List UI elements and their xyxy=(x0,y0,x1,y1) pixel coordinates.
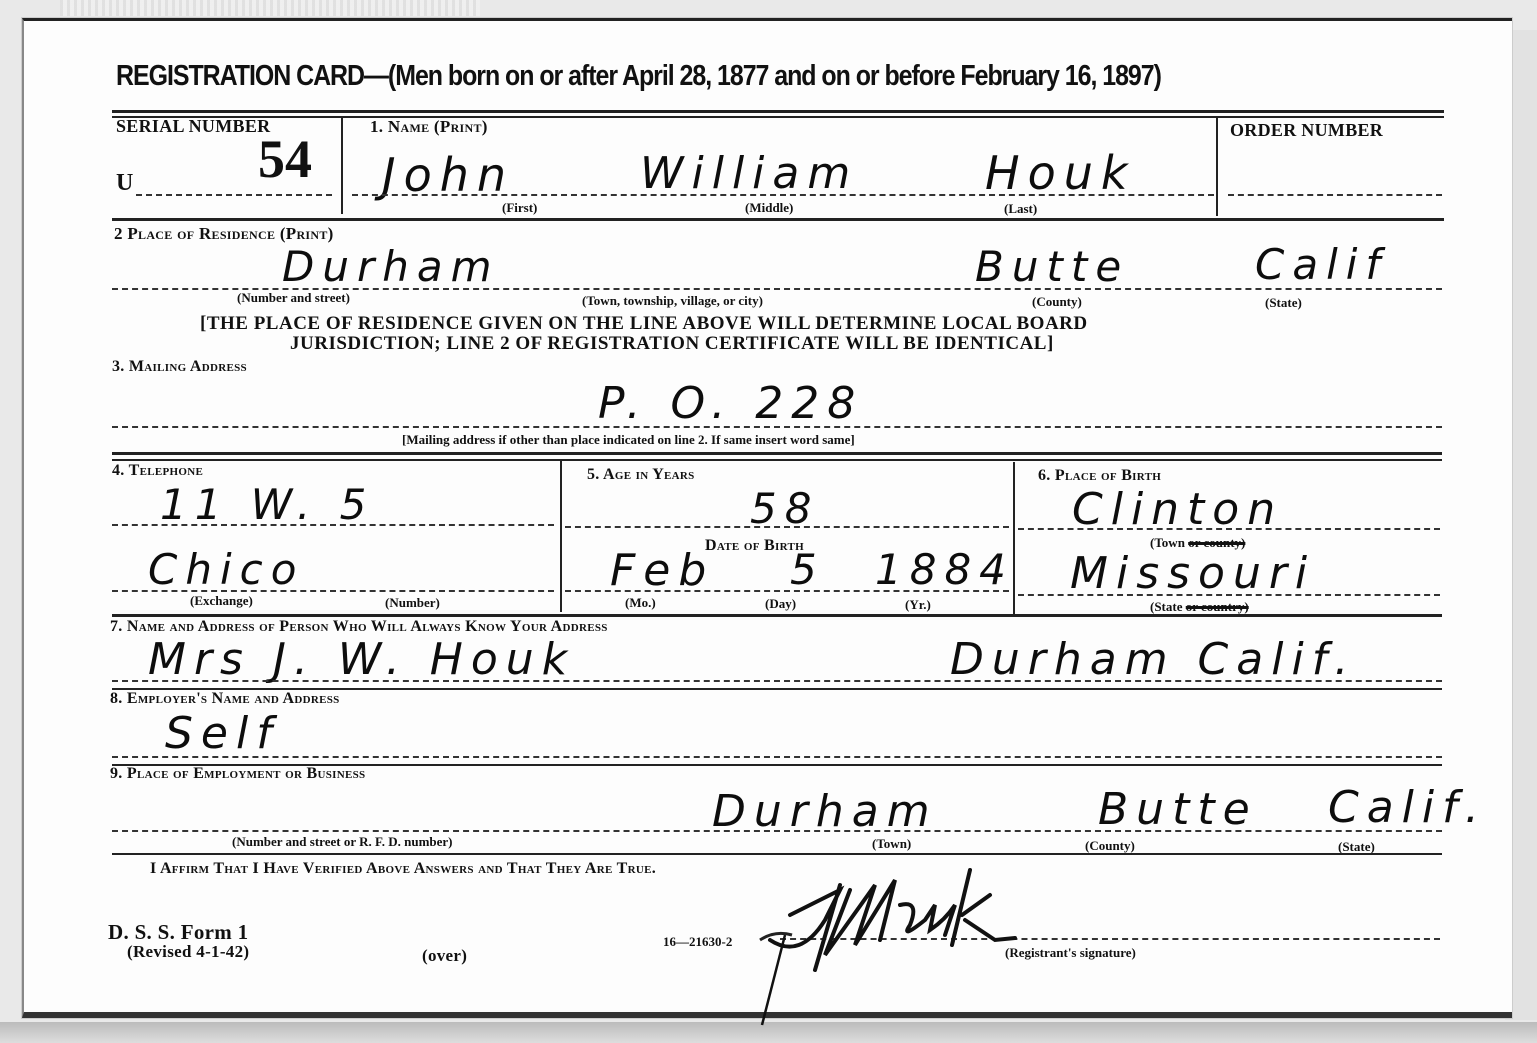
caption-employment-street: (Number and street or R. F. D. number) xyxy=(232,834,453,850)
order-number-line xyxy=(1228,194,1442,196)
print-code: 16—21630-2 xyxy=(663,934,732,950)
name-label: 1. Name (Print) xyxy=(370,117,488,137)
row3-bottom-rule-2 xyxy=(112,459,1442,461)
card-title: REGISTRATION CARD—(Men born on or after … xyxy=(116,60,1161,93)
telephone-exchange: Chico xyxy=(148,545,304,594)
over-note: (over) xyxy=(422,946,467,966)
birthplace-label: 6. Place of Birth xyxy=(1038,467,1161,485)
telephone-label: 4. Telephone xyxy=(112,462,203,480)
employer-line xyxy=(112,756,1442,758)
caption-employment-town: (Town) xyxy=(872,836,911,852)
affirmation-text: I Affirm That I Have Verified Above Answ… xyxy=(150,860,656,878)
row6-bottom-rule xyxy=(112,614,1442,617)
mailing-address: P. O. 228 xyxy=(598,378,863,429)
residence-county: Butte xyxy=(975,242,1129,291)
scan-edge-bottom xyxy=(0,1022,1537,1043)
caption-state: (State) xyxy=(1265,295,1302,311)
name-line xyxy=(352,194,1214,196)
birthplace-state: Missouri xyxy=(1070,548,1315,599)
telephone-exchange-line xyxy=(112,590,554,592)
caption-number: (Number) xyxy=(385,595,440,611)
residence-notice-line1: [THE PLACE OF RESIDENCE GIVEN ON THE LIN… xyxy=(200,313,1088,335)
residence-label: 2 Place of Residence (Print) xyxy=(114,224,334,244)
telephone-divider xyxy=(560,460,562,612)
row3-bottom-rule xyxy=(112,452,1442,455)
residence-state: Calif xyxy=(1255,240,1388,289)
caption-last: (Last) xyxy=(1004,201,1037,217)
row1-bottom-rule xyxy=(112,218,1444,221)
caption-year: (Yr.) xyxy=(905,597,931,613)
form-revised: (Revised 4-1-42) xyxy=(127,942,249,962)
serial-number-label: SERIAL NUMBER xyxy=(116,116,270,137)
order-number-label: ORDER NUMBER xyxy=(1230,120,1383,141)
caption-birth-state: (State or country) xyxy=(1150,599,1249,615)
title-rule xyxy=(112,110,1444,113)
name-middle: William xyxy=(640,148,858,199)
employer-label: 8. Employer's Name and Address xyxy=(110,690,340,708)
signature-caption: (Registrant's signature) xyxy=(1005,945,1136,961)
dob-month: Feb xyxy=(610,545,714,596)
caption-month: (Mo.) xyxy=(625,595,656,611)
caption-exchange: (Exchange) xyxy=(190,593,253,609)
employment-place-label: 9. Place of Employment or Business xyxy=(110,765,365,783)
caption-county: (County) xyxy=(1032,294,1082,310)
dob-year: 1884 xyxy=(875,545,1014,594)
residence-notice-line2: JURISDICTION; LINE 2 OF REGISTRATION CER… xyxy=(290,333,1054,355)
age-label: 5. Age in Years xyxy=(587,466,695,484)
row9-bottom-rule xyxy=(112,853,1442,855)
employment-line xyxy=(112,830,1442,832)
residence-town: Durham xyxy=(282,242,500,291)
telephone-number: 11 W. 5 xyxy=(160,480,374,529)
serial-line xyxy=(136,194,332,196)
scan-smudge-top xyxy=(60,0,480,16)
title-rule-2 xyxy=(112,116,1444,118)
caption-employment-county: (County) xyxy=(1085,838,1135,854)
employment-state: Calif. xyxy=(1328,782,1487,833)
dob-day: 5 xyxy=(790,545,825,594)
age-line xyxy=(565,526,1009,528)
employment-county: Butte xyxy=(1098,784,1258,835)
contact-line xyxy=(112,680,1442,682)
employer-value: Self xyxy=(165,708,280,759)
serial-number-value: 54 xyxy=(258,128,312,190)
mailing-caption: [Mailing address if other than place ind… xyxy=(402,432,855,448)
caption-middle: (Middle) xyxy=(745,200,793,216)
mailing-label: 3. Mailing Address xyxy=(112,358,247,376)
birthplace-town-line xyxy=(1018,528,1440,530)
caption-day: (Day) xyxy=(765,596,796,612)
contact-address: Durham Calif. xyxy=(950,634,1356,685)
serial-divider xyxy=(341,116,343,214)
caption-first: (First) xyxy=(502,200,537,216)
caption-street: (Number and street) xyxy=(237,290,350,306)
telephone-number-line xyxy=(112,524,554,526)
dob-line xyxy=(565,590,1009,592)
mailing-line xyxy=(112,426,1442,428)
order-divider xyxy=(1216,116,1218,216)
age-divider xyxy=(1013,462,1015,614)
signature-scrawl-icon xyxy=(730,860,1170,1020)
contact-name: Mrs J. W. Houk xyxy=(148,634,575,685)
serial-prefix: U xyxy=(116,170,134,197)
name-last: Houk xyxy=(985,146,1136,200)
birthplace-state-line xyxy=(1018,594,1440,596)
caption-town: (Town, township, village, or city) xyxy=(582,293,763,309)
